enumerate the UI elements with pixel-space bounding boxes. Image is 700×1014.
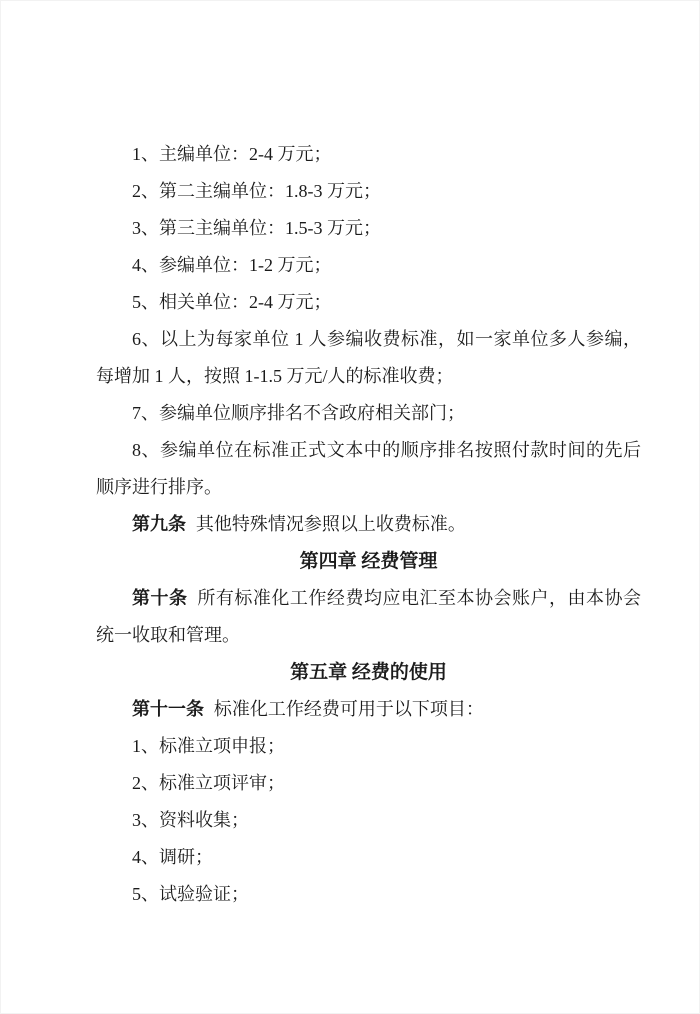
list-item-fee-5: 5、相关单位：2-4 万元； — [96, 284, 641, 321]
list-item-fee-4: 4、参编单位：1-2 万元； — [96, 247, 641, 284]
list-item-fee-1: 1、主编单位：2-4 万元； — [96, 136, 641, 173]
article-number-9: 第九条 — [132, 514, 186, 534]
list-item-use-4: 4、调研； — [96, 839, 641, 876]
list-item-use-2: 2、标准立项评审； — [96, 765, 641, 802]
article-text-9: 其他特殊情况参照以上收费标准。 — [196, 514, 466, 534]
article-text-11: 标准化工作经费可用于以下项目： — [214, 699, 484, 719]
chapter-heading-4: 第四章 经费管理 — [96, 543, 641, 580]
article-number-11: 第十一条 — [132, 699, 204, 719]
article-paragraph-10: 第十条所有标准化工作经费均应电汇至本协会账户，由本协会统一收取和管理。 — [96, 580, 641, 654]
list-item-fee-7: 7、参编单位顺序排名不含政府相关部门； — [96, 395, 641, 432]
article-paragraph-9: 第九条其他特殊情况参照以上收费标准。 — [96, 506, 641, 543]
chapter-heading-5: 第五章 经费的使用 — [96, 654, 641, 691]
article-number-10: 第十条 — [132, 588, 188, 608]
list-item-fee-3: 3、第三主编单位：1.5-3 万元； — [96, 210, 641, 247]
article-paragraph-11: 第十一条标准化工作经费可用于以下项目： — [96, 691, 641, 728]
list-item-fee-8: 8、参编单位在标准正式文本中的顺序排名按照付款时间的先后顺序进行排序。 — [96, 432, 641, 506]
document-page: 1、主编单位：2-4 万元； 2、第二主编单位：1.8-3 万元； 3、第三主编… — [0, 0, 700, 1014]
list-item-use-1: 1、标准立项申报； — [96, 728, 641, 765]
list-item-fee-2: 2、第二主编单位：1.8-3 万元； — [96, 173, 641, 210]
document-body: 1、主编单位：2-4 万元； 2、第二主编单位：1.8-3 万元； 3、第三主编… — [96, 136, 641, 913]
list-item-fee-6: 6、以上为每家单位 1 人参编收费标准，如一家单位多人参编，每增加 1 人，按照… — [96, 321, 641, 395]
list-item-use-5: 5、试验验证； — [96, 876, 641, 913]
list-item-use-3: 3、资料收集； — [96, 802, 641, 839]
